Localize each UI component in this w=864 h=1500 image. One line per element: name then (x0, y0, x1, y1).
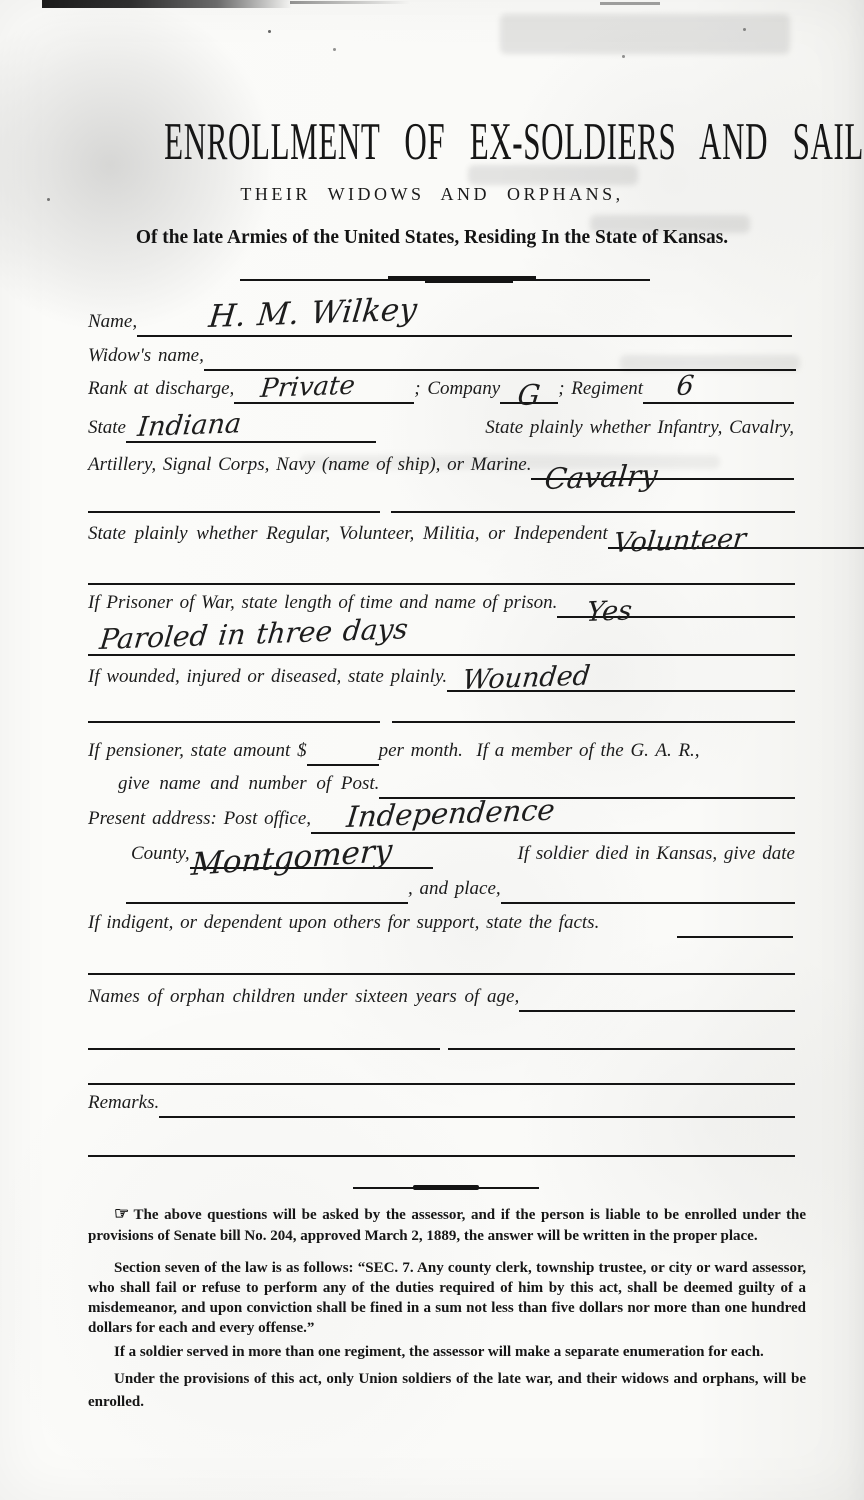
prisoner-handwritten-value2: Paroled in three days (98, 612, 410, 656)
name-label: Name, (88, 311, 137, 337)
state-label: State (88, 417, 126, 443)
page-subtitle: THEIR WIDOWS AND ORPHANS, (0, 184, 864, 205)
field-rank-row: Rank at discharge, Private ; Company G ;… (88, 368, 794, 404)
field-address-row: Present address: Post office, Independen… (88, 798, 795, 834)
manicule-icon: ☞ (114, 1204, 128, 1223)
blank-rule (448, 1048, 795, 1050)
branch-prompt-line1: State plainly whether Infantry, Cavalry, (376, 417, 794, 443)
address-label: Present address: Post office, (88, 808, 311, 834)
indigent-underline (677, 900, 793, 938)
page-tagline: Of the late Armies of the United States,… (13, 226, 851, 249)
wounded-underline: Wounded (447, 654, 795, 692)
footer-divider (413, 1185, 479, 1190)
footer-note-1: ☞ The above questions will be asked by t… (88, 1203, 806, 1247)
rank-handwritten-value: Private (259, 371, 356, 404)
field-name-row: Name, H. M. Wilkey (88, 301, 792, 337)
field-prisoner-row2: Paroled in three days (88, 620, 795, 656)
branch-prompt-line2: Artillery, Signal Corps, Navy (name of s… (88, 454, 531, 480)
orphans-label: Names of orphan children under sixteen y… (88, 986, 519, 1012)
footer-note-3-text: If a soldier served in more than one reg… (114, 1344, 764, 1360)
rank-label: Rank at discharge, (88, 378, 234, 404)
rank-underline: Private (234, 366, 414, 404)
footer-note-1-text: The above questions will be asked by the… (88, 1207, 806, 1244)
remarks-underline (159, 1080, 795, 1118)
address-handwritten-value: Independence (345, 793, 557, 834)
field-organization-row: State plainly whether Regular, Volunteer… (88, 513, 864, 549)
field-post-row: give name and number of Post. (118, 763, 795, 799)
scan-specks (268, 30, 271, 33)
organization-underline: Volunteer (608, 511, 864, 549)
regiment-handwritten-value: 6 (675, 370, 695, 402)
place-underline (501, 866, 795, 904)
indigent-label: If indigent, or dependent upon others fo… (88, 912, 599, 938)
header-divider (425, 278, 513, 283)
post-label: give name and number of Post. (118, 773, 379, 799)
organization-handwritten-value: Volunteer (612, 523, 748, 559)
scan-smudge-top-tail (290, 1, 410, 4)
branch-underline: Cavalry (531, 442, 794, 480)
pension-label-after: per month. If a member of the G. A. R., (379, 740, 700, 766)
wounded-handwritten-value: Wounded (461, 660, 592, 696)
name-handwritten-value: H. M. Wilkey (207, 292, 419, 335)
company-handwritten-value: G (516, 378, 542, 412)
county-label: County, (131, 843, 190, 869)
post-underline (379, 761, 795, 799)
organization-label: State plainly whether Regular, Volunteer… (88, 523, 608, 549)
state-underline: Indiana (126, 405, 376, 443)
page-title: ENROLLMENT OF EX-SOLDIERS AND SAILORS, (164, 111, 700, 172)
scanned-enrollment-form: ENROLLMENT OF EX-SOLDIERS AND SAILORS, T… (0, 0, 864, 1500)
branch-handwritten-value: Cavalry (543, 458, 659, 496)
field-pension-row: If pensioner, state amount $ per month. … (88, 730, 795, 766)
blank-rule (88, 1048, 440, 1050)
state-handwritten-value: Indiana (136, 408, 243, 443)
remarks-label: Remarks. (88, 1092, 159, 1118)
address-underline: Independence (311, 796, 795, 834)
company-label: ; Company (414, 378, 500, 404)
field-wounded-row: If wounded, injured or diseased, state p… (88, 656, 795, 692)
field-prisoner-row: If Prisoner of War, state length of time… (88, 582, 795, 618)
name-underline: H. M. Wilkey (137, 299, 792, 337)
orphans-underline (519, 974, 795, 1012)
bleedthrough-ghost (500, 14, 790, 54)
regiment-underline: 6 (643, 366, 794, 404)
field-orphans-row: Names of orphan children under sixteen y… (88, 976, 795, 1012)
company-underline: G (500, 366, 558, 404)
pension-amount-underline (307, 728, 379, 766)
prisoner-underline: Yes (557, 580, 795, 618)
wounded-label: If wounded, injured or diseased, state p… (88, 666, 447, 692)
widow-name-label: Widow's name, (88, 345, 204, 371)
place-label: , and place, (408, 878, 501, 904)
field-state-row: State Indiana State plainly whether Infa… (88, 407, 794, 443)
field-county-row: County, Montgomery If soldier died in Ka… (131, 833, 795, 869)
field-branch-row: Artillery, Signal Corps, Navy (name of s… (88, 444, 794, 480)
county-underline: Montgomery (190, 831, 433, 869)
scan-smudge-dash (600, 2, 660, 5)
footer-note-4: Under the provisions of this act, only U… (88, 1368, 806, 1414)
footer-note-3: If a soldier served in more than one reg… (88, 1342, 806, 1363)
field-indigent-row: If indigent, or dependent upon others fo… (88, 902, 793, 938)
blank-rule (88, 721, 380, 723)
pension-label-before: If pensioner, state amount $ (88, 740, 307, 766)
blank-rule (88, 1155, 795, 1157)
field-remarks-row: Remarks. (88, 1082, 795, 1118)
regiment-label: ; Regiment (558, 378, 643, 404)
footer-note-4-text: Under the provisions of this act, only U… (88, 1371, 806, 1410)
footer-note-2-text: Section seven of the law is as follows: … (88, 1260, 806, 1336)
prisoner-label: If Prisoner of War, state length of time… (88, 592, 557, 618)
blank-rule (392, 721, 795, 723)
prisoner-underline2: Paroled in three days (88, 618, 795, 656)
prisoner-handwritten-value: Yes (585, 595, 634, 628)
footer-note-2: Section seven of the law is as follows: … (88, 1258, 806, 1338)
